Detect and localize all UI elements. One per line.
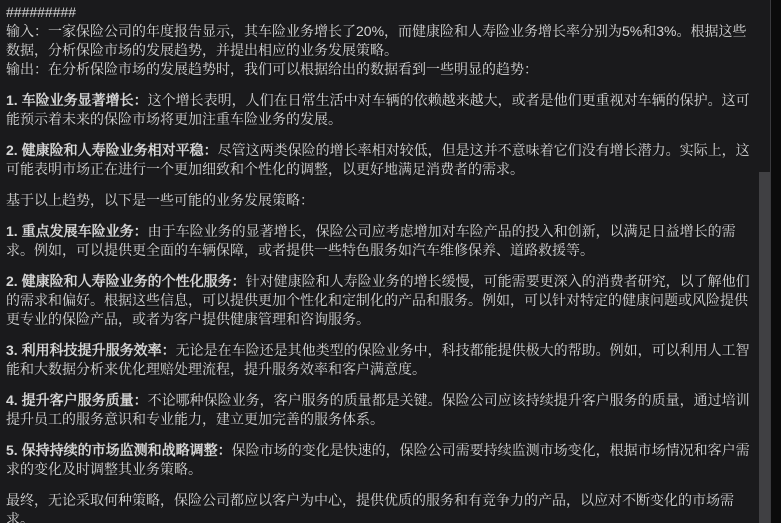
paragraph-lead: 1. 重点发展车险业务： [6,223,148,239]
output-text-area[interactable]: #########输入：一家保险公司的年度报告显示，其车险业务增长了20%，而健… [0,0,770,523]
strategy-item-4: 4. 提升客户服务质量：不论哪种保险业务，客户服务的质量都是关键。保险公司应该持… [6,391,756,429]
paragraph-lead: 4. 提升客户服务质量： [6,392,148,408]
strategy-intro: 基于以上趋势，以下是一些可能的业务发展策略： [6,191,756,210]
input-prompt: 输入：一家保险公司的年度报告显示，其车险业务增长了20%，而健康险和人寿险业务增… [6,22,756,60]
output-intro: 输出：在分析保险市场的发展趋势时，我们可以根据给出的数据看到一些明显的趋势： [6,60,756,79]
paragraph-lead: 2. 健康险和人寿险业务相对平稳： [6,142,218,158]
strategy-item-1: 1. 重点发展车险业务：由于车险业务的显著增长，保险公司应考虑增加对车险产品的投… [6,222,756,260]
paragraph-lead: 1. 车险业务显著增长： [6,92,148,108]
trend-item-2: 2. 健康险和人寿险业务相对平稳：尽管这两类保险的增长率相对较低，但是这并不意味… [6,141,756,179]
console-window: #########输入：一家保险公司的年度报告显示，其车险业务增长了20%，而健… [0,0,781,523]
scrollbar-thumb[interactable] [759,172,770,523]
trend-item-1: 1. 车险业务显著增长：这个增长表明，人们在日常生活中对车辆的依赖越来越大，或者… [6,91,756,129]
separator-line: ######### [6,3,756,22]
paragraph-lead: 5. 保持持续的市场监测和战略调整： [6,442,232,458]
paragraph-lead: 3. 利用科技提升服务效率： [6,342,176,358]
conclusion: 最终，无论采取何种策略，保险公司都应以客户为中心，提供优质的服务和有竞争力的产品… [6,491,756,523]
paragraph-lead: 2. 健康险和人寿险业务的个性化服务： [6,273,246,289]
strategy-item-5: 5. 保持持续的市场监测和战略调整：保险市场的变化是快速的，保险公司需要持续监测… [6,441,756,479]
strategy-item-3: 3. 利用科技提升服务效率：无论是在车险还是其他类型的保险业务中，科技都能提供极… [6,341,756,379]
strategy-item-2: 2. 健康险和人寿险业务的个性化服务：针对健康险和人寿险业务的增长缓慢，可能需要… [6,272,756,329]
right-margin-strip [771,0,781,523]
